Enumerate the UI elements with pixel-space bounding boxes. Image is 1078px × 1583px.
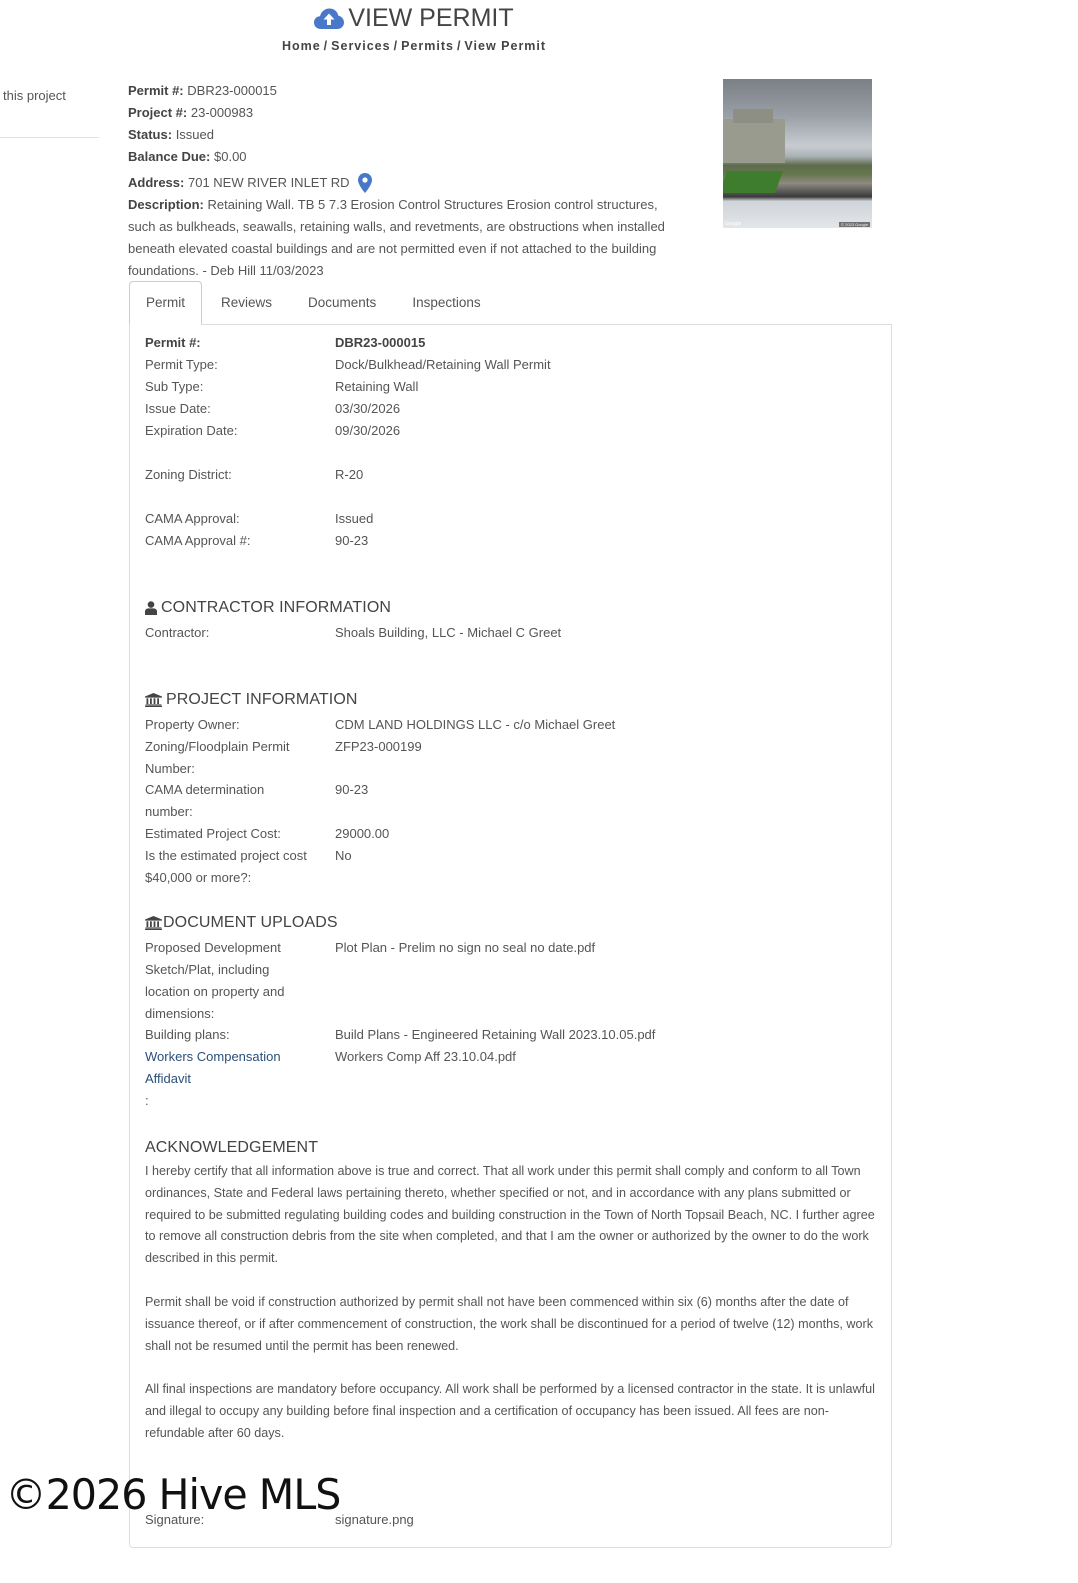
acknowledgement-paragraph: All final inspections are mandatory befo…: [145, 1379, 875, 1444]
detail-value: R-20: [335, 464, 875, 486]
detail-value: Dock/Bulkhead/Retaining Wall Permit: [335, 354, 875, 376]
detail-row: Permit Type:Dock/Bulkhead/Retaining Wall…: [145, 354, 875, 376]
summary-address-value: 701 NEW RIVER INLET RD: [188, 172, 350, 194]
detail-label: Issue Date:: [145, 398, 335, 420]
copyright-watermark: ©2026 Hive MLS: [5, 1470, 340, 1519]
detail-label: Estimated Project Cost:: [145, 823, 335, 845]
user-icon: [145, 601, 157, 615]
sidebar-fragment-text[interactable]: this project: [3, 88, 66, 103]
detail-value: No: [335, 845, 875, 889]
documents-section-title-text: DOCUMENT UPLOADS: [163, 914, 338, 932]
page-title-text: VIEW PERMIT: [348, 4, 513, 33]
page-header: VIEW PERMIT Home/Services/Permits/View P…: [0, 4, 828, 53]
document-row: Workers Compensation Affidavit : Workers…: [145, 1046, 875, 1112]
document-file-link[interactable]: Workers Comp Aff 23.10.04.pdf: [335, 1046, 875, 1112]
sidebar-divider: [0, 137, 99, 138]
detail-label: Workers Compensation Affidavit :: [145, 1046, 290, 1112]
photo-credit: © 2023 Google: [839, 222, 870, 227]
detail-row: Permit #:DBR23-000015: [145, 332, 875, 354]
summary-permit: Permit #: DBR23-000015: [128, 80, 688, 102]
detail-value: DBR23-000015: [335, 332, 875, 354]
acknowledgement-paragraph: Permit shall be void if construction aut…: [145, 1292, 875, 1357]
summary-description: Description: Retaining Wall. TB 5 7.3 Er…: [128, 194, 688, 282]
photo-logo: Google: [725, 221, 741, 227]
tab-documents[interactable]: Documents: [291, 281, 393, 324]
document-file-link[interactable]: Plot Plan - Prelim no sign no seal no da…: [335, 937, 875, 1025]
document-row: Proposed Development Sketch/Plat, includ…: [145, 937, 875, 1025]
map-marker-icon[interactable]: [358, 173, 372, 193]
summary-status: Status: Issued: [128, 124, 688, 146]
photo-house-shape: [723, 119, 785, 163]
detail-label: CAMA Approval:: [145, 508, 335, 530]
detail-row: CAMA Approval #:90-23: [145, 530, 875, 552]
summary-address: Address: 701 NEW RIVER INLET RD: [128, 172, 688, 194]
summary-balance: Balance Due: $0.00: [128, 146, 688, 168]
acknowledgement-section-title: ACKNOWLEDGEMENT: [145, 1139, 318, 1157]
project-row: CAMA determination number:90-23: [145, 779, 875, 823]
detail-label: CAMA determination number:: [145, 779, 295, 823]
project-row: Estimated Project Cost:29000.00: [145, 823, 875, 845]
summary-status-value: Issued: [176, 127, 214, 142]
project-row: Zoning/Floodplain Permit Number:ZFP23-00…: [145, 736, 875, 780]
detail-label: Zoning District:: [145, 464, 335, 486]
detail-label: Proposed Development Sketch/Plat, includ…: [145, 937, 290, 1025]
detail-row: Zoning District:R-20: [145, 464, 875, 486]
breadcrumb-view-permit: View Permit: [464, 39, 546, 53]
signature-file-link[interactable]: signature.png: [335, 1509, 875, 1531]
detail-label: Permit Type:: [145, 354, 335, 376]
detail-label: Sub Type:: [145, 376, 335, 398]
detail-value: CDM LAND HOLDINGS LLC - c/o Michael Gree…: [335, 714, 875, 736]
breadcrumb-permits[interactable]: Permits: [401, 39, 454, 53]
workers-comp-affidavit-link[interactable]: Workers Compensation Affidavit: [145, 1049, 281, 1086]
summary-permit-value: DBR23-000015: [187, 83, 277, 98]
summary-project: Project #: 23-000983: [128, 102, 688, 124]
document-file-link[interactable]: Build Plans - Engineered Retaining Wall …: [335, 1024, 875, 1046]
acknowledgement-paragraph: I hereby certify that all information ab…: [145, 1161, 875, 1270]
breadcrumb-separator: /: [324, 39, 328, 53]
summary-address-label: Address:: [128, 172, 184, 194]
document-row: Building plans:Build Plans - Engineered …: [145, 1024, 875, 1046]
detail-value: 90-23: [335, 779, 875, 823]
detail-row: Issue Date:03/30/2026: [145, 398, 875, 420]
contractor-section-title-text: CONTRACTOR INFORMATION: [161, 599, 391, 617]
detail-label: Contractor:: [145, 622, 335, 644]
breadcrumb-separator: /: [457, 39, 461, 53]
summary-permit-label: Permit #:: [128, 83, 184, 98]
bank-icon: [145, 916, 162, 930]
summary-status-label: Status:: [128, 127, 172, 142]
detail-row: Expiration Date:09/30/2026: [145, 420, 875, 442]
breadcrumb-home[interactable]: Home: [282, 39, 321, 53]
detail-label: Expiration Date:: [145, 420, 335, 442]
detail-value: Shoals Building, LLC - Michael C Greet: [335, 622, 875, 644]
page-title: VIEW PERMIT: [314, 4, 513, 33]
detail-value: Issued: [335, 508, 875, 530]
detail-value: 29000.00: [335, 823, 875, 845]
tab-reviews[interactable]: Reviews: [204, 281, 289, 324]
detail-label: Is the estimated project cost $40,000 or…: [145, 845, 315, 889]
tab-permit[interactable]: Permit: [129, 281, 202, 325]
bank-icon: [145, 693, 162, 707]
permit-summary: Permit #: DBR23-000015 Project #: 23-000…: [128, 80, 688, 282]
tab-inspections[interactable]: Inspections: [395, 281, 497, 324]
summary-project-label: Project #:: [128, 105, 187, 120]
detail-value: ZFP23-000199: [335, 736, 875, 780]
detail-label: Property Owner:: [145, 714, 335, 736]
project-section-title: PROJECT INFORMATION: [145, 691, 358, 709]
summary-balance-value: $0.00: [214, 149, 247, 164]
contractor-row: Contractor:Shoals Building, LLC - Michae…: [145, 622, 875, 644]
summary-description-label: Description:: [128, 197, 204, 212]
detail-value: 03/30/2026: [335, 398, 875, 420]
permit-tab-panel: Permit #:DBR23-000015 Permit Type:Dock/B…: [129, 324, 892, 1548]
summary-balance-label: Balance Due:: [128, 149, 210, 164]
breadcrumb: Home/Services/Permits/View Permit: [0, 39, 828, 53]
cloud-upload-icon: [314, 8, 344, 30]
permit-tabs: Permit Reviews Documents Inspections: [129, 281, 891, 325]
detail-row: CAMA Approval:Issued: [145, 508, 875, 530]
detail-label: Permit #:: [145, 332, 335, 354]
detail-value: 09/30/2026: [335, 420, 875, 442]
contractor-section-title: CONTRACTOR INFORMATION: [145, 599, 391, 617]
documents-section-title: DOCUMENT UPLOADS: [145, 914, 338, 932]
detail-row: Sub Type:Retaining Wall: [145, 376, 875, 398]
breadcrumb-services[interactable]: Services: [331, 39, 390, 53]
detail-label: CAMA Approval #:: [145, 530, 335, 552]
summary-project-value: 23-000983: [191, 105, 253, 120]
project-row: Property Owner:CDM LAND HOLDINGS LLC - c…: [145, 714, 875, 736]
photo-lawn-shape: [723, 171, 783, 193]
detail-value: 90-23: [335, 530, 875, 552]
detail-label: Building plans:: [145, 1024, 335, 1046]
project-row: Is the estimated project cost $40,000 or…: [145, 845, 875, 889]
breadcrumb-separator: /: [394, 39, 398, 53]
property-street-view-image[interactable]: Google © 2023 Google: [723, 79, 872, 228]
detail-label: Zoning/Floodplain Permit Number:: [145, 736, 315, 780]
detail-value: Retaining Wall: [335, 376, 875, 398]
label-suffix: :: [145, 1093, 149, 1108]
summary-description-value: Retaining Wall. TB 5 7.3 Erosion Control…: [128, 197, 665, 278]
project-section-title-text: PROJECT INFORMATION: [166, 691, 358, 709]
